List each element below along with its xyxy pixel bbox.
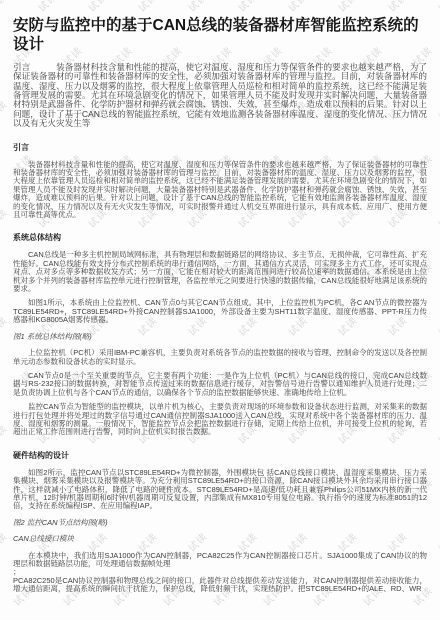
paragraph-sja1000: 在本模块中，我们选用SJA1000作为CAN控制器，PCA82C25作为CAN控… <box>13 552 427 569</box>
document-page: 试读试读试读试读试读试读试读试读试读试读试读试读试读试读试读试读试读试读试读试读… <box>0 0 440 620</box>
paragraph-hardware-figure2: 如图2所示，监控CAN节点以STC89LE54RD+为微控制器，外围模块包 括C… <box>13 469 427 511</box>
paragraph-can-bus-overview: CAN总线是一种多主机控制局域网标准，具有物理层和数据链路层的网络协议、多主节点… <box>13 251 427 293</box>
figure1-caption: 图1 系统总体结构图(略) <box>13 333 427 341</box>
section-heading-system-structure: 系统总体结构 <box>13 232 427 243</box>
paragraph-pca82c250: PCA82C250是CAN协议控制器和物理总线之间的接口，此器件对总线提供差动发… <box>13 577 427 594</box>
caption-can-interface-module: CAN总线接口模块 <box>13 535 427 543</box>
paragraph-monitor-node: 监控CAN节点为智能型的监控模块，以单片机为核心，主要负责对现场的环境参数和设备… <box>13 403 427 437</box>
section-heading-intro: 引言 <box>13 142 427 153</box>
page-title: 安防与监控中的基于CAN总线的装备器材库智能监控系统的设计 <box>13 16 427 55</box>
document-content: 安防与监控中的基于CAN总线的装备器材库智能监控系统的设计 引言 装备器材科技含… <box>0 0 440 594</box>
paragraph-host-pc: 上位监控机（PC机）采用IBM-PC兼容机，主要负责对系统各节点的监控数据的接收… <box>13 349 427 366</box>
abstract-paragraph: 引言 装备器材科技含量和性能的提高，使它对温度、湿度和压力等保管条件的要求也越来… <box>13 63 427 129</box>
paragraph-can-node0: CAN节点0是一个至关重要的节点，它主要有两个功能：一是作为上位机（PC机）与C… <box>13 372 427 397</box>
figure2-caption: 图2 监控CAN节点结构图(略) <box>13 519 427 527</box>
section-heading-hardware-design: 硬件结构的设计 <box>13 450 427 461</box>
paragraph-figure1-reference: 如图1所示，本系统由上位监控机、CAN节点0与其它CAN节点组成。其中，上位监控… <box>13 299 427 324</box>
intro-paragraph: 装备器材科技含量和性能的提高，使它对温度、湿度和压力等保管条件的要求也越来越严格… <box>13 161 427 220</box>
